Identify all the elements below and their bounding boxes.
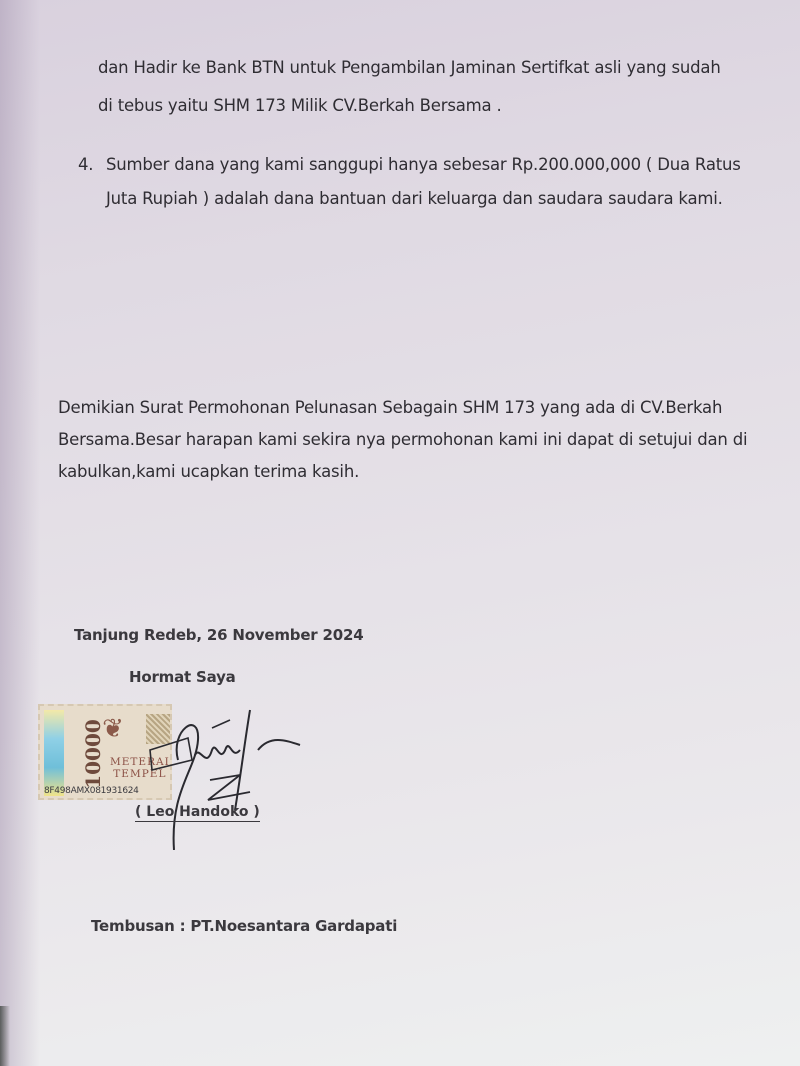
page-shadow bbox=[0, 0, 40, 1066]
closing-line-3: kabulkan,kami ucapkan terima kasih. bbox=[58, 462, 359, 481]
carbon-copy: Tembusan : PT.Noesantara Gardapati bbox=[91, 917, 397, 935]
signature-icon bbox=[140, 700, 310, 850]
closing-line-2: Bersama.Besar harapan kami sekira nya pe… bbox=[58, 430, 747, 449]
item-4-line-2: Juta Rupiah ) adalah dana bantuan dari k… bbox=[106, 189, 723, 208]
garuda-emblem-icon: ❦ bbox=[96, 712, 130, 746]
paragraph-3-line-1: dan Hadir ke Bank BTN untuk Pengambilan … bbox=[98, 58, 721, 77]
place-date: Tanjung Redeb, 26 November 2024 bbox=[74, 626, 363, 644]
closing-line-1: Demikian Surat Permohonan Pelunasan Seba… bbox=[58, 398, 722, 417]
item-4-number: 4. bbox=[78, 155, 93, 174]
salutation: Hormat Saya bbox=[129, 668, 236, 686]
signatory-name: ( Leo Handoko ) bbox=[135, 804, 260, 822]
hologram-strip bbox=[44, 710, 64, 796]
page-corner-shadow bbox=[0, 1006, 10, 1066]
item-4-line-1: Sumber dana yang kami sanggupi hanya seb… bbox=[106, 155, 741, 174]
paragraph-3-line-2: di tebus yaitu SHM 173 Milik CV.Berkah B… bbox=[98, 96, 502, 115]
stamp-serial: 8F498AMX081931624 bbox=[44, 786, 139, 796]
